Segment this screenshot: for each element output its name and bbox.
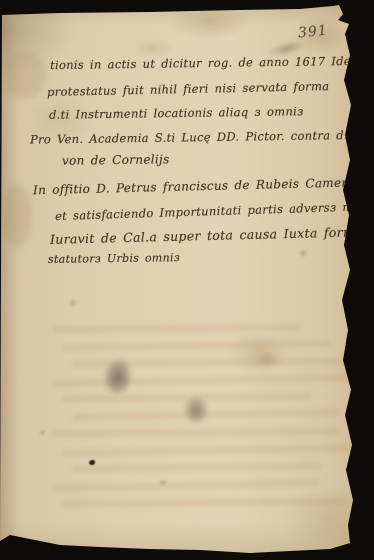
manuscript-page: 391 tionis in actis ut dicitur rog. de a… bbox=[0, 0, 374, 560]
manuscript-line: protestatus fuit nihil fieri nisi servat… bbox=[47, 79, 330, 99]
foxing-spot bbox=[40, 430, 45, 435]
showthrough-line bbox=[52, 324, 302, 334]
manuscript-line: et satisfaciendo Importunitati partis ad… bbox=[55, 199, 374, 223]
foxing-spot bbox=[300, 250, 307, 256]
showthrough-line bbox=[62, 444, 366, 457]
showthrough-line bbox=[72, 463, 322, 473]
showthrough-line bbox=[52, 479, 320, 491]
foxing-spot bbox=[160, 480, 166, 485]
faint-stain bbox=[250, 348, 284, 370]
showthrough-line bbox=[52, 374, 356, 387]
showthrough-blob bbox=[2, 185, 32, 247]
manuscript-line: Pro Ven. Academia S.ti Lucę DD. Pictor. … bbox=[30, 127, 374, 146]
foxing-spot bbox=[70, 300, 76, 306]
showthrough-line bbox=[62, 339, 330, 351]
ink-dot-stain bbox=[89, 460, 95, 465]
showthrough-line bbox=[62, 498, 348, 508]
manuscript-line: Iuravit de Cal.a super tota causa Iuxta … bbox=[50, 224, 363, 247]
showthrough-blob bbox=[4, 52, 46, 98]
manuscript-line: In offitio D. Petrus franciscus de Rubei… bbox=[33, 175, 374, 197]
manuscript-line: d.ti Instrumenti locationis aliaq з omni… bbox=[49, 104, 304, 122]
manuscript-line: von de Cornelijs bbox=[62, 152, 170, 167]
manuscript-line: statutorз Urbis omniз bbox=[48, 251, 180, 266]
manuscript-line: tionis in actis ut dicitur rog. de anno … bbox=[50, 54, 358, 72]
showthrough-line bbox=[52, 428, 338, 438]
